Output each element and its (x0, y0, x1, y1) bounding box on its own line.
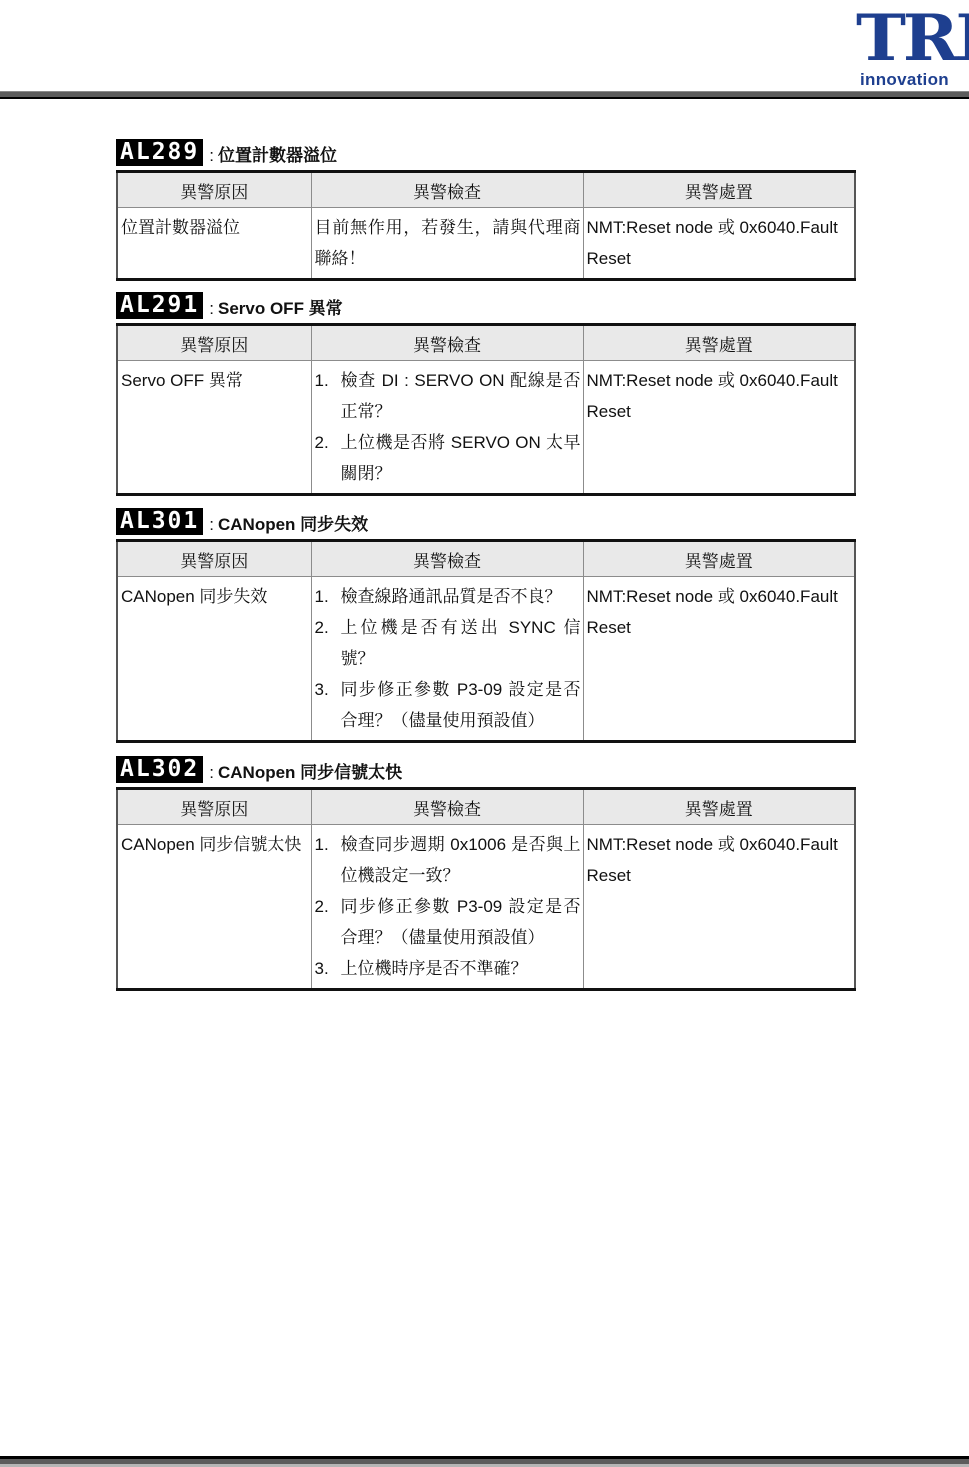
alarm-title-text: CANopen 同步失效 (218, 515, 368, 534)
logo-tri-text: TRI (856, 6, 969, 72)
table-row: CANopen 同步信號太快 1.檢查同步週期 0x1006 是否與上位機設定一… (117, 825, 855, 990)
action-cell: NMT:Reset node 或 0x6040.Fault Reset (583, 361, 855, 495)
header-cause: 異警原因 (117, 541, 311, 577)
check-cell: 1.檢查同步週期 0x1006 是否與上位機設定一致？ 2.同步修正參數 P3-… (311, 825, 583, 990)
header-rule (0, 91, 969, 99)
alarm-code-display: AL302 (116, 756, 203, 783)
header-cause: 異警原因 (117, 789, 311, 825)
check-cell: 1.檢查 DI : SERVO ON 配線是否正常？ 2.上位機是否將 SERV… (311, 361, 583, 495)
header-check: 異警檢查 (311, 541, 583, 577)
alarm-section-al302: AL302 :CANopen 同步信號太快 異警原因 異警檢查 異警處置 CAN… (116, 753, 854, 991)
header-cause: 異警原因 (117, 172, 311, 208)
check-step: 2.上位機是否將 SERVO ON 太早關閉？ (315, 427, 581, 489)
alarm-title-text: Servo OFF 異常 (218, 299, 343, 318)
cause-cell: CANopen 同步信號太快 (117, 825, 311, 990)
header-action: 異警處置 (583, 325, 855, 361)
alarm-title: AL289 :位置計數器溢位 (116, 136, 854, 166)
check-step: 1.檢查 DI : SERVO ON 配線是否正常？ (315, 365, 581, 427)
alarm-section-al289: AL289 :位置計數器溢位 異警原因 異警檢查 異警處置 位置計數器溢位 目前… (116, 136, 854, 281)
check-step: 1.檢查線路通訊品質是否不良？ (315, 581, 581, 612)
alarm-code-display: AL301 (116, 508, 203, 535)
alarm-code-display: AL289 (116, 139, 203, 166)
alarm-section-al291: AL291 :Servo OFF 異常 異警原因 異警檢查 異警處置 Servo… (116, 289, 854, 496)
header-check: 異警檢查 (311, 789, 583, 825)
check-step: 3.上位機時序是否不準確？ (315, 953, 581, 984)
alarm-table: 異警原因 異警檢查 異警處置 CANopen 同步失效 1.檢查線路通訊品質是否… (116, 539, 856, 743)
check-step: 3.同步修正參數 P3-09 設定是否合理？（儘量使用預設值） (315, 674, 581, 736)
alarm-title: AL302 :CANopen 同步信號太快 (116, 753, 854, 783)
alarm-title: AL291 :Servo OFF 異常 (116, 289, 854, 319)
action-cell: NMT:Reset node 或 0x6040.Fault Reset (583, 208, 855, 280)
table-row: 位置計數器溢位 目前無作用，若發生，請與代理商聯絡！ NMT:Reset nod… (117, 208, 855, 280)
logo-innovation-text: innovation (860, 70, 949, 90)
table-row: CANopen 同步失效 1.檢查線路通訊品質是否不良？ 2.上位機是否有送出 … (117, 577, 855, 742)
check-cell: 目前無作用，若發生，請與代理商聯絡！ (311, 208, 583, 280)
check-step: 2.同步修正參數 P3-09 設定是否合理？（儘量使用預設值） (315, 891, 581, 953)
check-step: 1.檢查同步週期 0x1006 是否與上位機設定一致？ (315, 829, 581, 891)
header-check: 異警檢查 (311, 325, 583, 361)
alarm-code-display: AL291 (116, 292, 203, 319)
alarm-table: 異警原因 異警檢查 異警處置 位置計數器溢位 目前無作用，若發生，請與代理商聯絡… (116, 170, 856, 281)
table-header-row: 異警原因 異警檢查 異警處置 (117, 541, 855, 577)
alarm-table: 異警原因 異警檢查 異警處置 Servo OFF 異常 1.檢查 DI : SE… (116, 323, 856, 496)
check-cell: 1.檢查線路通訊品質是否不良？ 2.上位機是否有送出 SYNC 信號？ 3.同步… (311, 577, 583, 742)
alarm-table: 異警原因 異警檢查 異警處置 CANopen 同步信號太快 1.檢查同步週期 0… (116, 787, 856, 991)
header-action: 異警處置 (583, 172, 855, 208)
alarm-title: AL301 :CANopen 同步失效 (116, 505, 854, 535)
cause-cell: Servo OFF 異常 (117, 361, 311, 495)
tri-innovation-logo: TRI innovation (852, 4, 969, 90)
action-cell: NMT:Reset node 或 0x6040.Fault Reset (583, 825, 855, 990)
table-row: Servo OFF 異常 1.檢查 DI : SERVO ON 配線是否正常？ … (117, 361, 855, 495)
table-header-row: 異警原因 異警檢查 異警處置 (117, 325, 855, 361)
header-action: 異警處置 (583, 541, 855, 577)
check-step: 2.上位機是否有送出 SYNC 信號？ (315, 612, 581, 674)
cause-cell: CANopen 同步失效 (117, 577, 311, 742)
table-header-row: 異警原因 異警檢查 異警處置 (117, 789, 855, 825)
header-action: 異警處置 (583, 789, 855, 825)
alarm-title-text: 位置計數器溢位 (218, 146, 337, 165)
alarm-title-text: CANopen 同步信號太快 (218, 763, 402, 782)
table-header-row: 異警原因 異警檢查 異警處置 (117, 172, 855, 208)
cause-cell: 位置計數器溢位 (117, 208, 311, 280)
footer-rule (0, 1456, 969, 1467)
action-cell: NMT:Reset node 或 0x6040.Fault Reset (583, 577, 855, 742)
alarm-section-al301: AL301 :CANopen 同步失效 異警原因 異警檢查 異警處置 CANop… (116, 505, 854, 743)
header-check: 異警檢查 (311, 172, 583, 208)
header-cause: 異警原因 (117, 325, 311, 361)
